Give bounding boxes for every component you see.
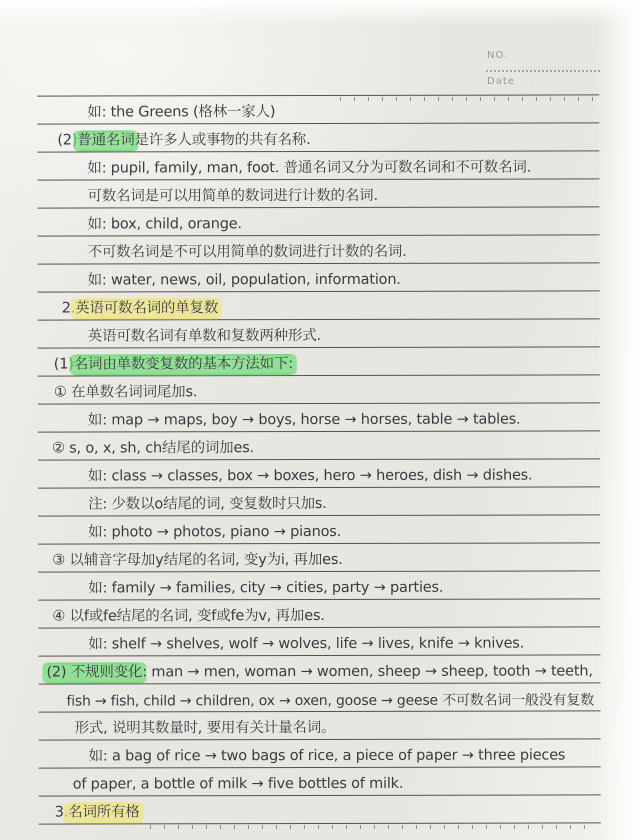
notebook-page: NO. Date . . 如: the Greens (格林一家人)(2) 普通… [0, 0, 640, 840]
highlighted-text: 名词所有格 [68, 805, 140, 822]
highlighted-text: 普通名词 [77, 133, 134, 150]
handwritten-text: 如: family → families, city → cities, par… [88, 580, 443, 597]
handwritten-text: of paper, a bottle of milk → five bottle… [73, 776, 404, 793]
note-line: (2) 不规则变化: man → men, woman → women, she… [38, 655, 600, 684]
note-line: 英语可数名词有单数和复数两种形式. [38, 319, 600, 348]
note-line: 如: the Greens (格林一家人) [37, 95, 599, 124]
handwritten-text: 形式, 说明其数量时, 要用有关计量名词。 [75, 720, 336, 737]
highlighted-text: 名词由单数变复数的基本方法如下: [74, 356, 293, 373]
handwritten-text: ④ 以f或fe结尾的名词, 变f或fe为v, 再加es. [52, 608, 324, 625]
ruler-ticks-bottom [150, 825, 598, 829]
note-line: 2. 英语可数名词的单复数 [38, 291, 600, 320]
date-label: Date [487, 76, 515, 87]
note-line: 如: pupil, family, man, foot. 普通名词又分为可数名词… [37, 151, 599, 180]
handwritten-text: 如: class → classes, box → boxes, hero → … [88, 468, 532, 486]
note-line: 注: 少数以o结尾的词, 变复数时只加s. [38, 487, 600, 516]
handwritten-text: 如: the Greens (格林一家人) [87, 104, 275, 121]
handwritten-text: 可数名词是可以用简单的数词进行计数的名词. [87, 188, 377, 205]
handwritten-text: 不可数名词是不可以用简单的数词进行计数的名词. [88, 244, 407, 261]
note-line: 如: photo → photos, piano → pianos. [38, 515, 600, 544]
note-line: ② s, o, x, sh, ch结尾的词加es. [38, 431, 600, 460]
handwritten-text: ① 在单数名词词尾加s. [54, 385, 197, 402]
highlighted-text: (2) 不规则变化 [46, 665, 142, 682]
note-line: (2) 普通名词是许多人或事物的共有名称. [37, 123, 599, 152]
handwritten-text: fish → fish, child → children, ox → oxen… [66, 692, 594, 709]
note-line: 形式, 说明其数量时, 要用有关计量名词。 [39, 711, 601, 740]
date-separator-marks: . . [530, 78, 567, 88]
note-line: fish → fish, child → children, ox → oxen… [38, 683, 600, 712]
note-line: ① 在单数名词词尾加s. [38, 375, 600, 404]
note-line: 如: map → maps, boy → boys, horse → horse… [38, 403, 600, 432]
handwritten-text: (2) [57, 133, 77, 150]
note-line: 如: water, news, oil, population, informa… [38, 263, 600, 292]
handwritten-text: 如: water, news, oil, population, informa… [88, 272, 401, 289]
handwritten-text: ③ 以辅音字母加y结尾的名词, 变y为i, 再加es. [52, 552, 342, 569]
handwritten-text: 如: shelf → shelves, wolf → wolves, life … [88, 636, 524, 654]
handwritten-text: ② s, o, x, sh, ch结尾的词加es. [52, 440, 254, 457]
note-line: ③ 以辅音字母加y结尾的名词, 变y为i, 再加es. [38, 543, 600, 572]
handwritten-text: 如: pupil, family, man, foot. 普通名词又分为可数名词… [87, 160, 531, 178]
note-line: 如: class → classes, box → boxes, hero → … [38, 459, 600, 488]
handwritten-text: 2. [62, 301, 75, 318]
no-dotted-line [486, 60, 600, 72]
note-line: (1) 名词由单数变复数的基本方法如下: [38, 347, 600, 376]
handwritten-text: 是许多人或事物的共有名称. [134, 132, 310, 149]
handwritten-text: 如: a bag of rice → two bags of rice, a p… [89, 748, 566, 766]
note-line: 如: a bag of rice → two bags of rice, a p… [39, 739, 601, 768]
handwritten-text: 如: photo → photos, piano → pianos. [88, 524, 341, 541]
note-line: 如: shelf → shelves, wolf → wolves, life … [38, 627, 600, 656]
note-line: 如: family → families, city → cities, par… [38, 571, 600, 600]
handwritten-text: 注: 少数以o结尾的词, 变复数时只加s. [88, 496, 327, 513]
note-line: 如: box, child, orange. [37, 207, 599, 236]
note-line: 可数名词是可以用简单的数词进行计数的名词. [37, 179, 599, 208]
handwritten-text: 3. [55, 805, 68, 822]
note-line: of paper, a bottle of milk → five bottle… [39, 767, 601, 796]
handwritten-text: 如: box, child, orange. [87, 216, 241, 233]
highlighted-text: 英语可数名词的单复数 [75, 301, 218, 318]
handwritten-text: : man → men, woman → women, sheep → shee… [142, 664, 592, 682]
note-line: ④ 以f或fe结尾的名词, 变f或fe为v, 再加es. [38, 599, 600, 628]
note-line: 不可数名词是不可以用简单的数词进行计数的名词. [38, 235, 600, 264]
handwritten-text: (1) [54, 357, 74, 374]
ruled-lines-area: 如: the Greens (格林一家人)(2) 普通名词是许多人或事物的共有名… [37, 94, 601, 824]
handwritten-text: 如: map → maps, boy → boys, horse → horse… [88, 412, 521, 430]
handwritten-text: 英语可数名词有单数和复数两种形式. [88, 328, 321, 345]
note-line: 3. 名词所有格 [39, 795, 601, 824]
